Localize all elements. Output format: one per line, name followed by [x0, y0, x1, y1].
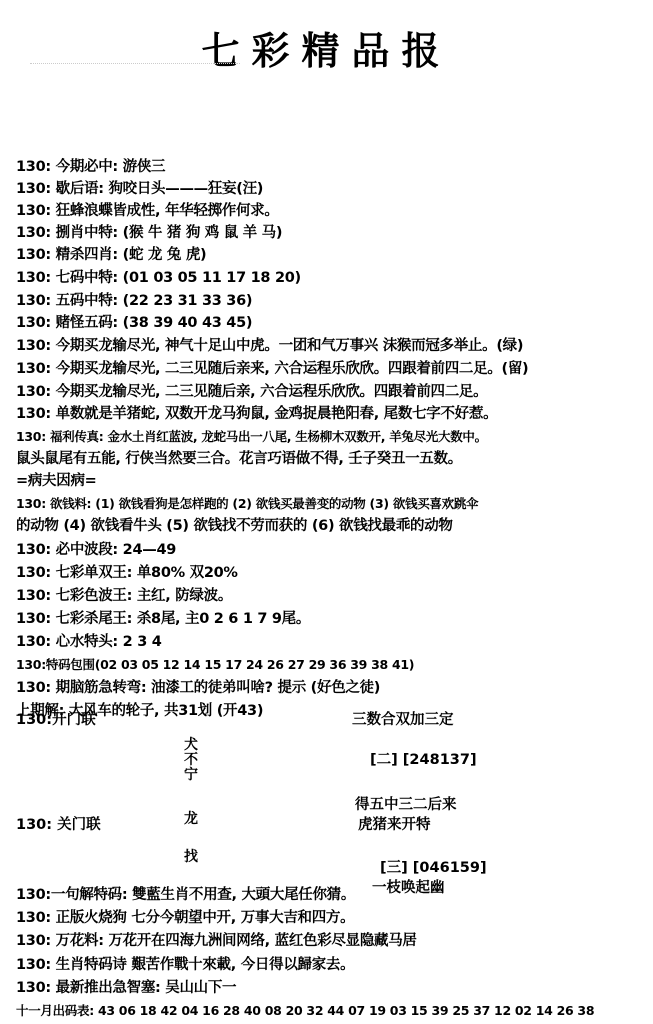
text-line: 130: 单数就是羊猪蛇, 双数开龙马狗鼠, 金鸡捉晨艳阳春, 尾数七字不好惹。 — [16, 404, 497, 424]
text-line: 130: 正版火烧狗 七分今朝望中开, 万事大吉和四方。 — [16, 908, 354, 928]
text-line: 130: 七彩单双王: 单80% 双20% — [16, 563, 238, 583]
vertical-text-bot: 找 — [184, 850, 200, 865]
text-line: 130: 福利传真: 金水土肖红蓝波, 龙蛇马出一八尾, 生杨柳木双数开, 羊兔… — [16, 427, 487, 447]
couplet-right-4: 虎猪来开特 — [358, 813, 431, 834]
text-line: 130: 今期买龙输尽光, 神气十足山中虎。一团和气万事兴 沫猴而冠多举止。(绿… — [16, 336, 523, 356]
text-line: 130: 欲钱料: (1) 欲钱看狗是怎样跑的 (2) 欲钱买最善变的动物 (3… — [16, 494, 478, 514]
text-line: 130: 今期买龙输尽光, 二三见随后亲, 六合运程乐欣欣。四跟着前四二足。 — [16, 382, 487, 402]
text-line: 130: 生肖特码诗 艱苦作戰十來載, 今日得以歸家去。 — [16, 955, 354, 975]
couplet-right-6: 一枝唤起幽 — [372, 876, 445, 897]
text-line: 130: 七彩杀尾王: 杀8尾, 主0 2 6 1 7 9尾。 — [16, 609, 310, 629]
vertical-text-top: 犬不宁 — [184, 738, 200, 783]
couplet-right-1: 三数合双加三定 — [352, 708, 454, 729]
open-couplet-label: 130:开门联 — [16, 708, 96, 729]
text-line: 130: 七码中特: (01 03 05 11 17 18 20) — [16, 268, 301, 288]
text-line: 的动物 (4) 欲钱看牛头 (5) 欲钱找不劳而获的 (6) 欲钱找最乖的动物 — [16, 516, 453, 536]
text-line: 130: 歇后语: 狗咬日头———狂妄(汪) — [16, 179, 263, 199]
text-line: 130: 赌怪五码: (38 39 40 43 45) — [16, 313, 252, 333]
text-line: 十一月出码表: 43 06 18 42 04 16 28 40 08 20 32… — [16, 1001, 594, 1021]
vertical-text-mid: 龙 — [184, 812, 200, 827]
text-line: 130: 必中波段: 24—49 — [16, 540, 176, 560]
couplet-right-5: [三] [046159] — [380, 856, 487, 877]
text-line: 130: 心水特头: 2 3 4 — [16, 632, 162, 652]
text-line: 130: 五码中特: (22 23 31 33 36) — [16, 291, 252, 311]
text-line: 130: 今期必中: 游侠三 — [16, 157, 165, 177]
close-couplet-label: 130: 关门联 — [16, 813, 101, 834]
text-line: 鼠头鼠尾有五能, 行侠当然要三合。花言巧语做不得, 壬子癸丑一五数。 — [16, 449, 462, 469]
page-title: 七彩精品报 — [0, 20, 653, 75]
text-line: 130: 最新推出急智塞: 吴山山下一 — [16, 978, 236, 998]
couplet-right-3: 得五中三二后来 — [355, 793, 457, 814]
text-line: 130: 精杀四肖: (蛇 龙 兔 虎) — [16, 245, 206, 265]
text-line: 130: 七彩色波王: 主红, 防绿波。 — [16, 586, 232, 606]
text-line: 130: 万花料: 万花开在四海九洲间网络, 蓝红色彩尽显隐藏马居 — [16, 931, 417, 951]
text-line: 130: 狂蜂浪蝶皆成性, 年华轻掷作何求。 — [16, 201, 279, 221]
text-line: 130: 捌肖中特: (猴 牛 猪 狗 鸡 鼠 羊 马) — [16, 223, 282, 243]
couplet-right-2: [二] [248137] — [370, 748, 477, 769]
text-line: 130: 今期买龙输尽光, 二三见随后亲来, 六合运程乐欣欣。四跟着前四二足。(… — [16, 359, 528, 379]
divider — [30, 63, 240, 65]
text-line: 130:特码包围(02 03 05 12 14 15 17 24 26 27 2… — [16, 655, 414, 675]
text-line: 130: 期脑筋急转弯: 油漆工的徒弟叫啥? 提示 (好色之徒) — [16, 678, 380, 698]
text-line: 130:一句解特码: 雙藍生肖不用查, 大頭大尾任你猜。 — [16, 885, 355, 905]
text-line: =病夫因病= — [16, 471, 97, 491]
